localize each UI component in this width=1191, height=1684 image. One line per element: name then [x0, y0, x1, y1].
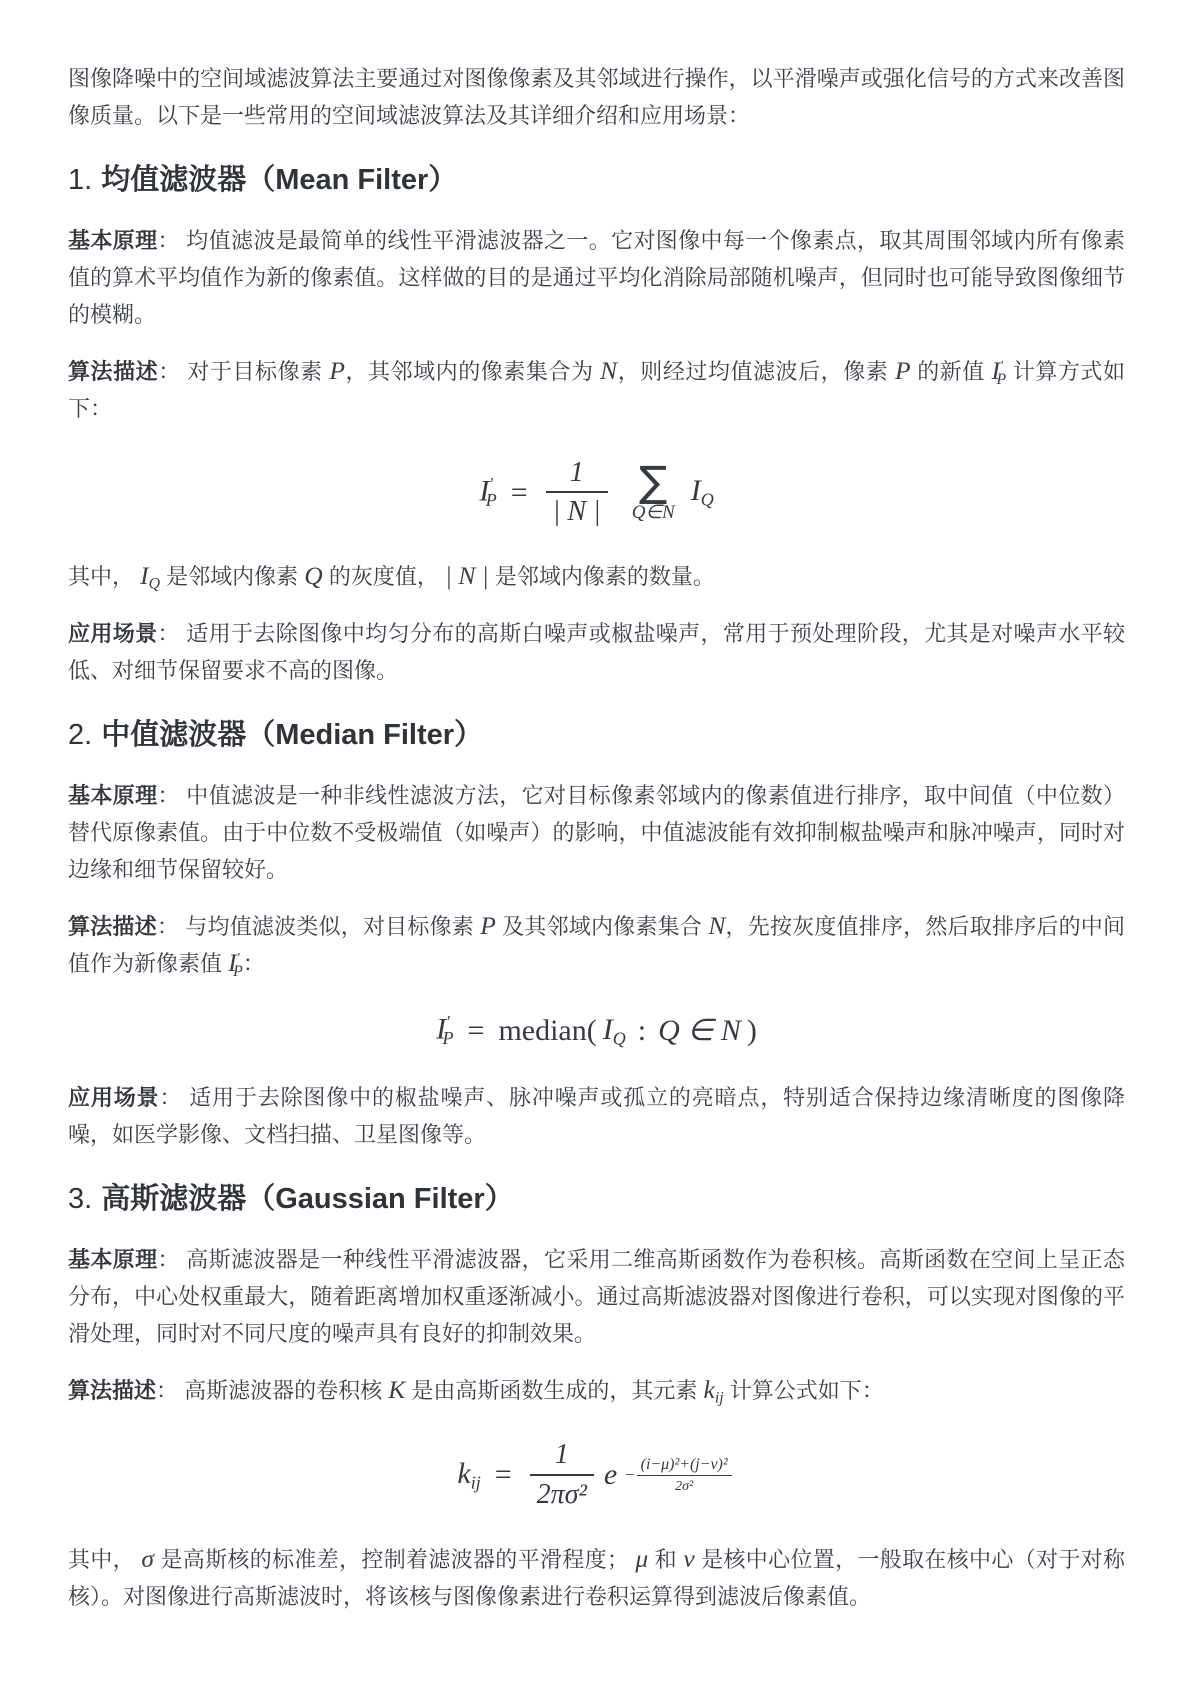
intro-paragraph: 图像降噪中的空间域滤波算法主要通过对图像像素及其邻域进行操作，以平滑噪声或强化信… [68, 60, 1125, 134]
median-filter-formula: I′P = median( IQ : Q ∈ N ) [68, 1012, 1125, 1049]
section-3-number: 3. [68, 1183, 92, 1215]
section-2-heading: 2.中值滤波器（Median Filter） [68, 717, 1125, 753]
section-1-principle-paragraph: 基本原理： 均值滤波是最简单的线性平滑滤波器之一。它对图像中每一个像素点，取其周… [68, 222, 1125, 333]
close-paren: ) [747, 1014, 757, 1048]
section-2-algorithm-paragraph: 算法描述： 与均值滤波类似，对目标像素 P 及其邻域内像素集合 N，先按灰度值排… [68, 908, 1125, 982]
equals-sign: = [495, 1458, 512, 1492]
exponent-fraction: (i−μ)²+(j−ν)² 2σ² [637, 1456, 732, 1494]
median-function-name: median( [498, 1014, 596, 1048]
mean-filter-formula: I′P = 1 | N | ∑ Q∈N IQ [68, 457, 1125, 528]
section-1-heading: 1.均值滤波器（Mean Filter） [68, 162, 1125, 198]
formula-lhs: kij [457, 1457, 480, 1493]
summation-term: IQ [691, 474, 714, 510]
section-1-where-paragraph: 其中， IQ 是邻域内像素 Q 的灰度值， | N | 是邻域内像素的数量。 [68, 558, 1125, 595]
section-3-heading: 3.高斯滤波器（Gaussian Filter） [68, 1181, 1125, 1217]
section-3-title: 高斯滤波器（Gaussian Filter） [101, 1183, 514, 1215]
section-1-number: 1. [68, 164, 92, 196]
equals-sign: = [511, 476, 528, 510]
section-2-title: 中值滤波器（Median Filter） [101, 719, 483, 751]
section-1-usecase-paragraph: 应用场景： 适用于去除图像中均匀分布的高斯白噪声或椒盐噪声，常用于预处理阶段，尤… [68, 615, 1125, 689]
section-2-principle-paragraph: 基本原理： 中值滤波是一种非线性滤波方法，它对目标像素邻域内的像素值进行排序，取… [68, 777, 1125, 888]
median-argument: IQ [603, 1013, 626, 1049]
fraction: 1 2πσ² [530, 1439, 594, 1510]
summation-symbol: ∑ Q∈N [632, 462, 675, 524]
formula-lhs: I′P [479, 474, 496, 511]
section-3-principle-paragraph: 基本原理： 高斯滤波器是一种线性平滑滤波器，它采用二维高斯函数作为卷积核。高斯函… [68, 1241, 1125, 1352]
set-membership: Q ∈ N [658, 1013, 741, 1048]
section-2-number: 2. [68, 719, 92, 751]
document-page: 图像降噪中的空间域滤波算法主要通过对图像像素及其邻域进行操作，以平滑噪声或强化信… [0, 0, 1191, 1665]
section-3-algorithm-paragraph: 算法描述： 高斯滤波器的卷积核 K 是由高斯函数生成的，其元素 kij 计算公式… [68, 1372, 1125, 1409]
euler-base: e [604, 1458, 617, 1492]
section-3-where-paragraph: 其中， σ 是高斯核的标准差，控制着滤波器的平滑程度； μ 和 ν 是核中心位置… [68, 1541, 1125, 1615]
fraction: 1 | N | [546, 457, 608, 528]
colon: : [638, 1014, 646, 1048]
section-1-title: 均值滤波器（Mean Filter） [101, 164, 457, 196]
section-1-algorithm-paragraph: 算法描述： 对于目标像素 P，其邻域内的像素集合为 N，则经过均值滤波后，像素 … [68, 353, 1125, 427]
exponent: − (i−μ)²+(j−ν)² 2σ² [625, 1456, 735, 1494]
equals-sign: = [468, 1014, 485, 1048]
formula-lhs: I′P [436, 1012, 453, 1049]
section-2-usecase-paragraph: 应用场景： 适用于去除图像中的椒盐噪声、脉冲噪声或孤立的亮暗点，特别适合保持边缘… [68, 1079, 1125, 1153]
gaussian-kernel-formula: kij = 1 2πσ² e − (i−μ)²+(j−ν)² 2σ² [68, 1439, 1125, 1510]
